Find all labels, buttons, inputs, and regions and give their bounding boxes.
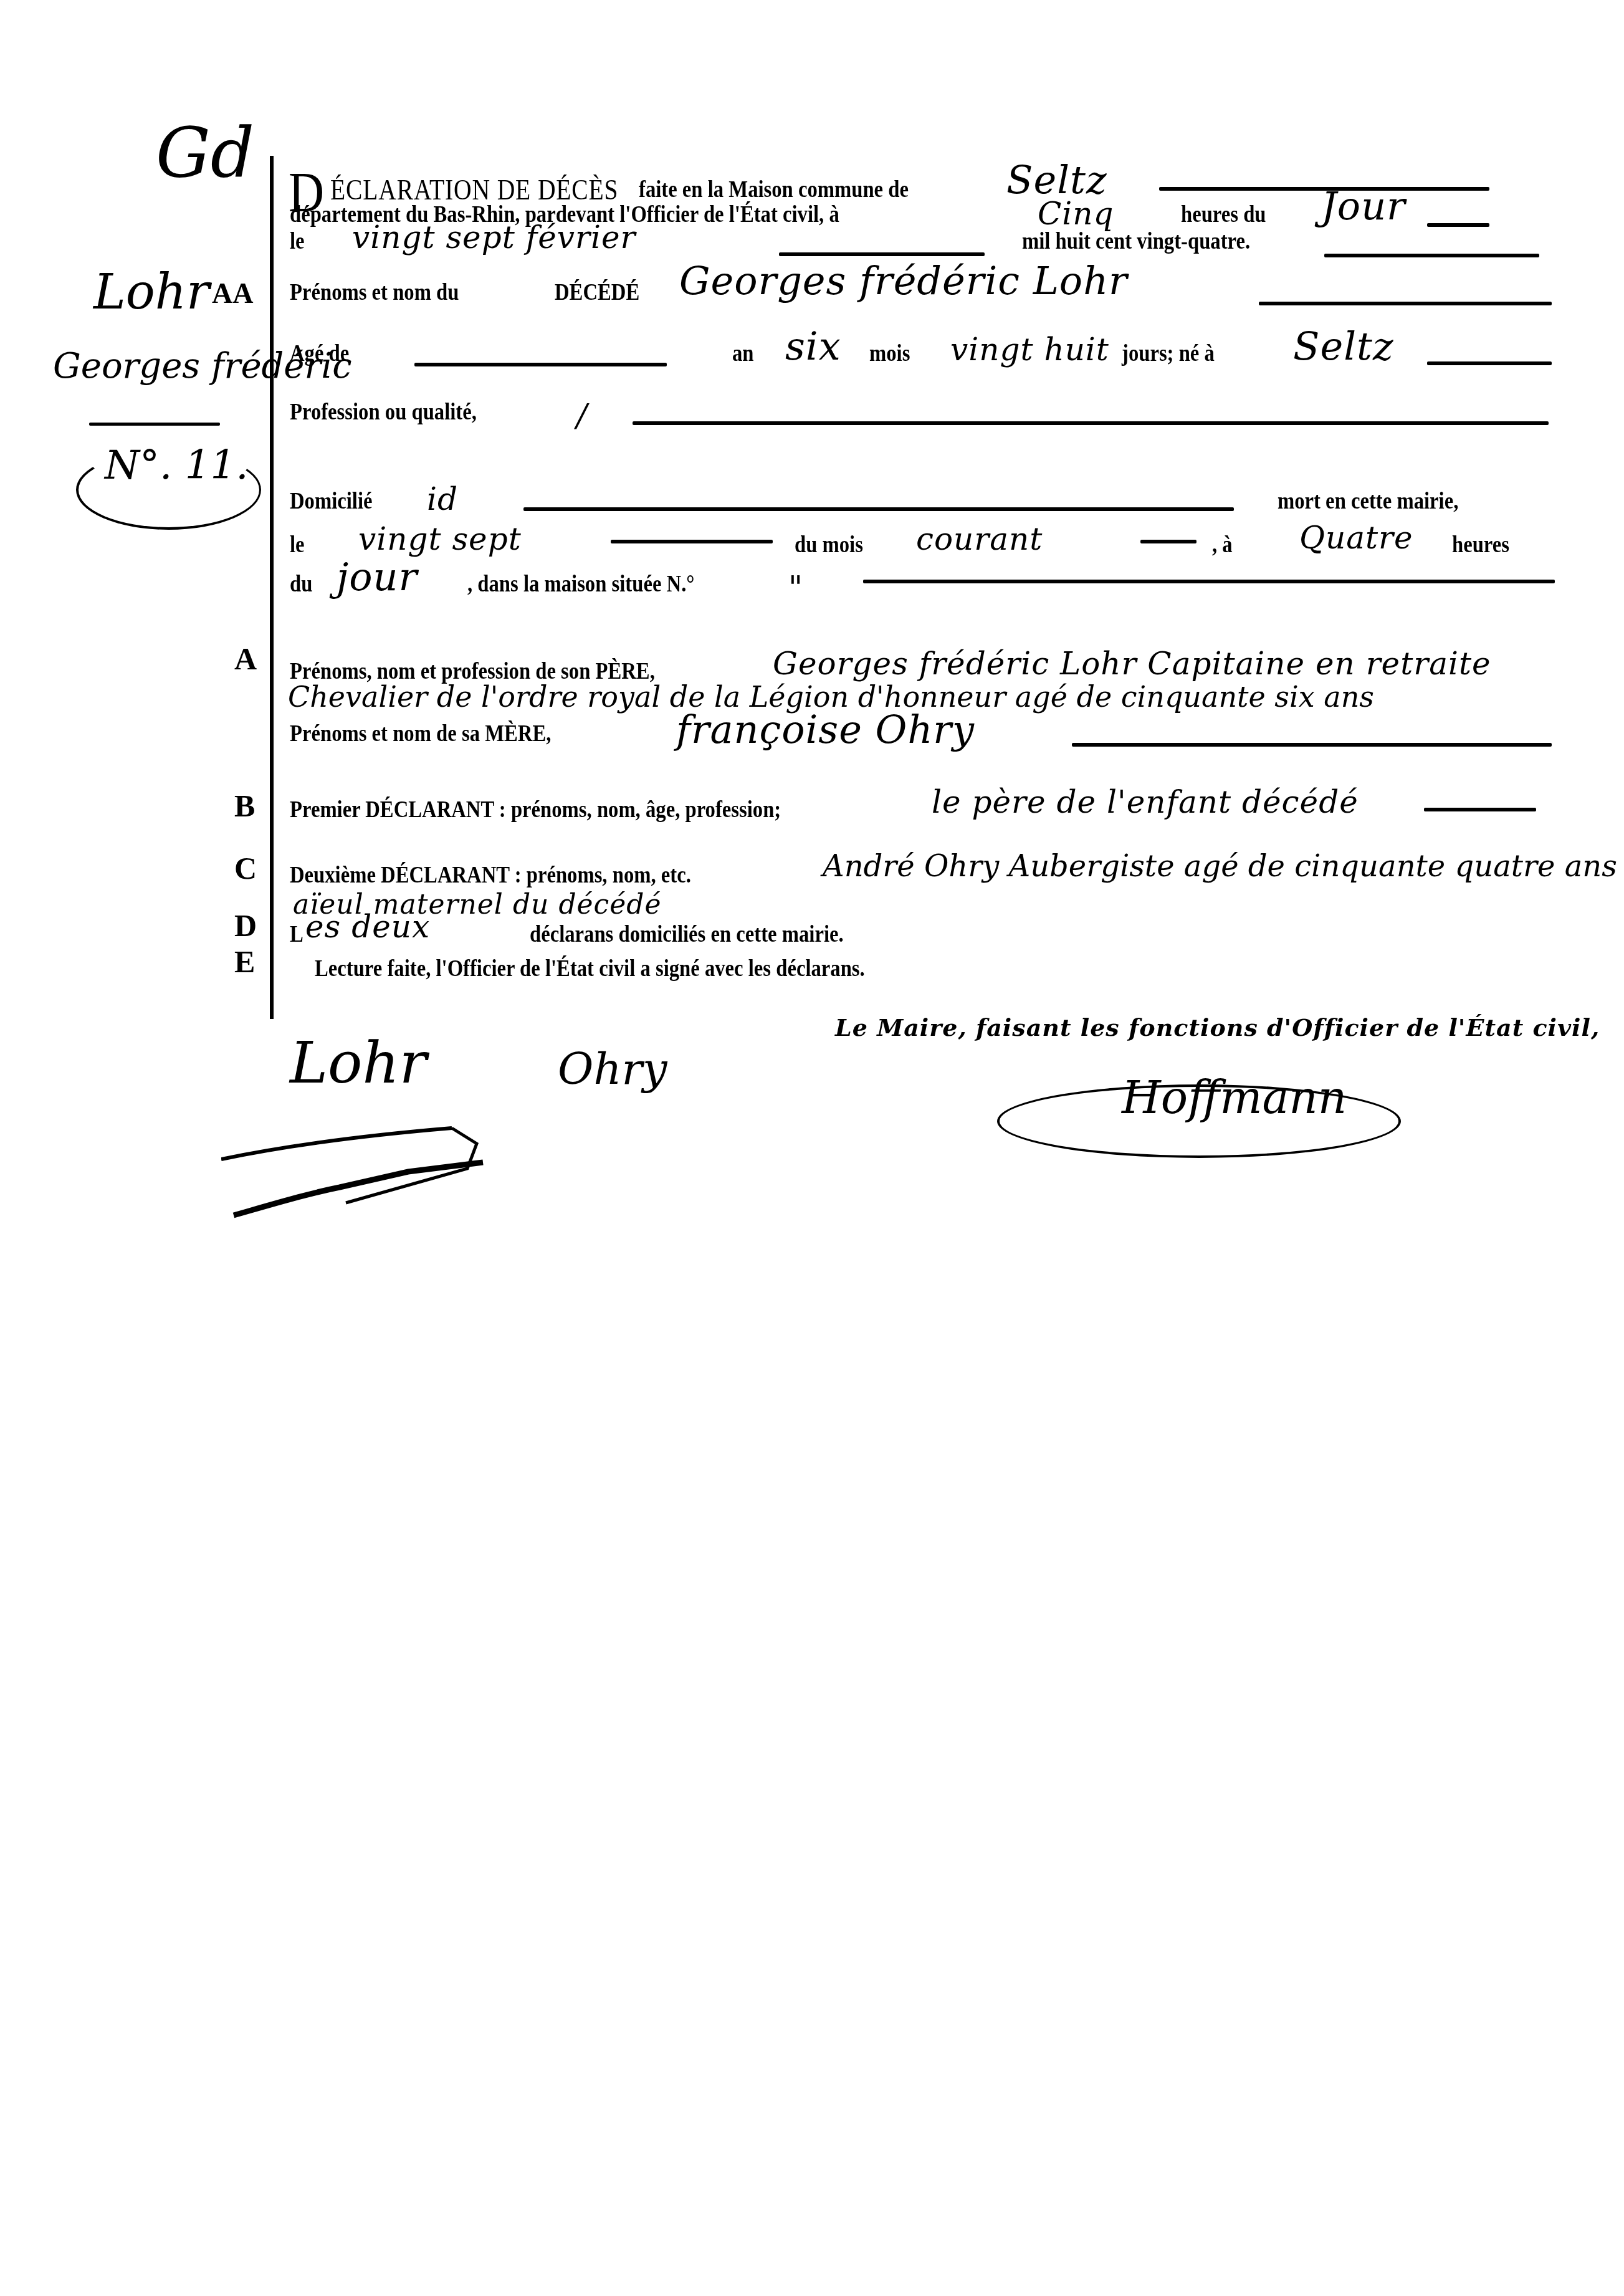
deceased-rule xyxy=(1259,302,1552,305)
death-du: du xyxy=(290,572,312,596)
header-date: vingt sept février xyxy=(352,222,636,253)
row-letter-c: C xyxy=(234,853,257,884)
row-letter-d: D xyxy=(234,910,257,941)
death-month: courant xyxy=(916,524,1043,555)
declarant1-value: le père de l'enfant décédé xyxy=(932,787,1359,818)
profession-label: Profession ou qualité, xyxy=(290,400,477,424)
profession-value: / xyxy=(576,400,588,431)
age-months-label: mois xyxy=(869,342,910,365)
header-commune: Seltz xyxy=(1006,161,1107,199)
header-hour: Cinq xyxy=(1038,198,1114,229)
profession-rule xyxy=(633,421,1549,425)
house-label: , dans la maison située N.° xyxy=(467,572,694,596)
mother-name: françoise Ohry xyxy=(676,710,975,749)
age-rule-end xyxy=(1427,361,1552,365)
deceased-label-strong: DÉCÉDÉ xyxy=(555,280,639,304)
death-day-rule xyxy=(611,540,773,543)
row-letter-b: B xyxy=(234,790,255,821)
father-line1: Georges frédéric Lohr Capitaine en retra… xyxy=(773,648,1491,679)
closing-e-text: Lecture faite, l'Officier de l'État civi… xyxy=(315,957,865,980)
death-month-label: du mois xyxy=(795,533,863,557)
declarant2-label: Deuxième DÉCLARANT : prénoms, nom, etc. xyxy=(290,863,691,887)
declarant2-line1: André Ohry Aubergiste agé de cinquante q… xyxy=(823,851,1617,881)
closing-d-print-b: déclarans domiciliés en cette mairie. xyxy=(530,922,844,946)
header-le: le xyxy=(290,229,305,253)
domicile-rule xyxy=(523,507,1234,511)
signature-lohr: Lohr xyxy=(290,1035,427,1092)
age-days: vingt huit xyxy=(950,334,1109,365)
age-label: Agé de xyxy=(290,342,349,365)
vertical-rule xyxy=(270,156,274,1019)
death-day: vingt sept xyxy=(358,524,522,555)
mother-label: Prénoms et nom de sa MÈRE, xyxy=(290,722,551,745)
margin-surname: Lohr xyxy=(93,268,209,317)
death-hours-label: heures xyxy=(1452,533,1509,557)
house-rule xyxy=(863,580,1555,583)
birthplace: Seltz xyxy=(1293,327,1394,366)
death-le: le xyxy=(290,533,305,557)
mayor-signature: Hoffmann xyxy=(1122,1075,1347,1120)
closing-d-hand: es deux xyxy=(305,911,430,942)
signature-ohry: Ohry xyxy=(558,1047,667,1091)
closing-d-print-a: L xyxy=(290,922,303,946)
mayor-caption: Le Maire, faisant les fonctions d'Offici… xyxy=(835,1016,1600,1040)
row-letter-a: A xyxy=(234,643,257,674)
death-period: jour xyxy=(337,558,418,596)
row-letter-e: E xyxy=(234,946,255,977)
death-declaration-page: Gd Lohr AA Georges frédéric N°. 11. A B … xyxy=(0,0,1624,2296)
header-rule-2 xyxy=(1427,223,1489,227)
header-rule-3a xyxy=(779,252,985,256)
death-hour: Quatre xyxy=(1299,522,1413,553)
deceased-name: Georges frédéric Lohr xyxy=(679,262,1128,300)
margin-divider xyxy=(89,423,220,426)
deceased-label: Prénoms et nom du xyxy=(290,280,459,304)
house-number: " xyxy=(788,572,803,603)
header-line1-print: faite en la Maison commune de xyxy=(639,178,909,201)
margin-top-mark: Gd xyxy=(156,118,254,187)
age-rule-years xyxy=(414,363,667,366)
domicile-value: id xyxy=(427,484,458,515)
age-an-label: an xyxy=(732,342,754,365)
margin-code: AA xyxy=(212,279,253,308)
mother-rule xyxy=(1072,743,1552,747)
age-months: six xyxy=(785,327,841,366)
header-period: Jour xyxy=(1321,187,1406,226)
declarant1-rule xyxy=(1424,808,1536,811)
header-rule-3b xyxy=(1324,254,1539,257)
age-days-label: jours; né à xyxy=(1122,342,1215,365)
margin-number: N°. 11. xyxy=(105,446,248,486)
document-title: ÉCLARATION DE DÉCÈS xyxy=(330,176,618,204)
died-label: mort en cette mairie, xyxy=(1278,489,1458,513)
signature-lohr-flourish xyxy=(221,1084,545,1240)
death-month-rule xyxy=(1140,540,1197,543)
declarant1-label: Premier DÉCLARANT : prénoms, nom, âge, p… xyxy=(290,798,781,821)
header-year: mil huit cent vingt-quatre. xyxy=(1022,229,1250,253)
domicile-label: Domicilié xyxy=(290,489,372,513)
death-at-label: , à xyxy=(1212,533,1233,557)
header-hours-label: heures du xyxy=(1181,203,1266,226)
